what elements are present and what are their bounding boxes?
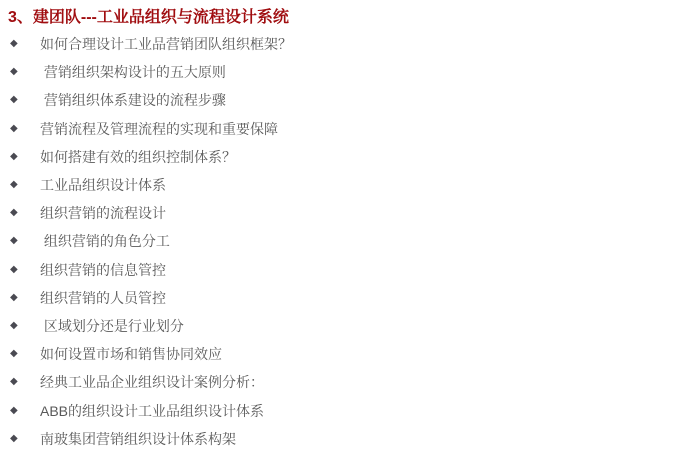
diamond-bullet-icon: ◆ xyxy=(8,434,40,444)
list-item: ◆ 工业品组织设计体系 xyxy=(8,171,690,199)
list-item-text: 南玻集团营销组织设计体系构架 xyxy=(40,429,236,449)
list-item: ◆ 营销组织架构设计的五大原则 xyxy=(8,58,690,86)
list-item-text: 营销流程及管理流程的实现和重要保障 xyxy=(40,119,278,139)
list-item: ◆ 南玻集团营销组织设计体系构架 xyxy=(8,425,690,453)
list-item-text: 经典工业品企业组织设计案例分析： xyxy=(40,372,264,392)
list-item-text: 如何设置市场和销售协同效应 xyxy=(40,344,222,364)
list-item: ◆ 经典工业品企业组织设计案例分析： xyxy=(8,368,690,396)
diamond-bullet-icon: ◆ xyxy=(8,152,40,162)
diamond-bullet-icon: ◆ xyxy=(8,180,40,190)
diamond-bullet-icon: ◆ xyxy=(8,208,40,218)
list-item: ◆ 组织营销的角色分工 xyxy=(8,227,690,255)
list-item: ◆ 如何设置市场和销售协同效应 xyxy=(8,340,690,368)
diamond-bullet-icon: ◆ xyxy=(8,321,40,331)
diamond-bullet-icon: ◆ xyxy=(8,406,40,416)
list-item: ◆ 营销流程及管理流程的实现和重要保障 xyxy=(8,115,690,143)
list-item: ◆ 如何合理设计工业品营销团队组织框架？ xyxy=(8,30,690,58)
list-item: ◆ ABB的组织设计工业品组织设计体系 xyxy=(8,396,690,424)
list-item: ◆ 营销组织体系建设的流程步骤 xyxy=(8,86,690,114)
list-item-text: 组织营销的角色分工 xyxy=(40,231,170,251)
diamond-bullet-icon: ◆ xyxy=(8,39,40,49)
document-page: 3、建团队---工业品组织与流程设计系统 ◆ 如何合理设计工业品营销团队组织框架… xyxy=(0,0,690,460)
diamond-bullet-icon: ◆ xyxy=(8,67,40,77)
list-item-text: 组织营销的流程设计 xyxy=(40,203,166,223)
diamond-bullet-icon: ◆ xyxy=(8,236,40,246)
list-item-text: 如何合理设计工业品营销团队组织框架？ xyxy=(40,34,292,54)
list-item-text: 工业品组织设计体系 xyxy=(40,175,166,195)
section-title: 3、建团队---工业品组织与流程设计系统 xyxy=(8,8,690,27)
list-item-text: 营销组织架构设计的五大原则 xyxy=(40,62,226,82)
list-item: ◆ 组织营销的人员管控 xyxy=(8,284,690,312)
list-item-text: ABB的组织设计工业品组织设计体系 xyxy=(40,401,264,421)
list-item-text: 如何搭建有效的组织控制体系？ xyxy=(40,147,236,167)
diamond-bullet-icon: ◆ xyxy=(8,349,40,359)
list-item: ◆ 区域划分还是行业划分 xyxy=(8,312,690,340)
diamond-bullet-icon: ◆ xyxy=(8,377,40,387)
list-item-text: 组织营销的信息管控 xyxy=(40,260,166,280)
list-item-text: 组织营销的人员管控 xyxy=(40,288,166,308)
diamond-bullet-icon: ◆ xyxy=(8,95,40,105)
diamond-bullet-icon: ◆ xyxy=(8,265,40,275)
list-item-text: 营销组织体系建设的流程步骤 xyxy=(40,90,226,110)
list-item-text: 区域划分还是行业划分 xyxy=(40,316,184,336)
list-item: ◆ 如何搭建有效的组织控制体系？ xyxy=(8,143,690,171)
topic-list: ◆ 如何合理设计工业品营销团队组织框架？ ◆ 营销组织架构设计的五大原则 ◆ 营… xyxy=(8,30,690,453)
list-item: ◆ 组织营销的信息管控 xyxy=(8,256,690,284)
diamond-bullet-icon: ◆ xyxy=(8,293,40,303)
diamond-bullet-icon: ◆ xyxy=(8,124,40,134)
list-item: ◆ 组织营销的流程设计 xyxy=(8,199,690,227)
